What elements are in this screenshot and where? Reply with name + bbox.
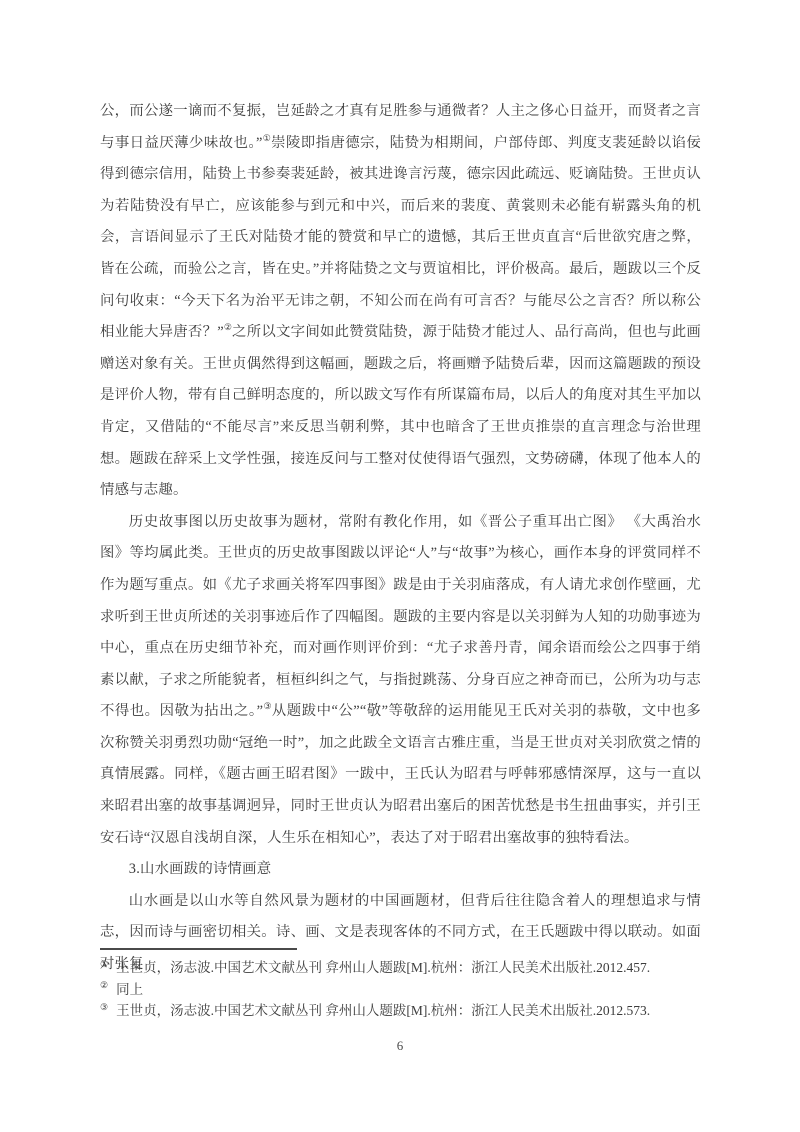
footnote-marker: ③ [100, 1002, 108, 1012]
text-run: 崇陵即指唐德宗，陆贽为相期间，户部侍郎、判度支裴延龄以谄佞得到德宗信用，陆贽上书… [100, 135, 701, 341]
footnote-reference: ① [263, 133, 272, 143]
footnote-separator [100, 948, 297, 950]
footnote-marker: ② [100, 980, 108, 990]
footnote-item: ②同上 [100, 979, 706, 1001]
text-run: 历史故事图以历史故事为题材，常附有教化作用，如《晋公子重耳出亡图》 《大禹治水图… [100, 514, 701, 720]
text-run: 3.山水画跋的诗情画意 [129, 861, 272, 877]
footnote-reference: ② [224, 322, 232, 332]
document-page: 公，而公遂一谪而不复振，岂延龄之才真有足胜参与通微者？人主之侈心日益开，而贤者之… [0, 0, 800, 1132]
section-heading: 3.山水画跋的诗情画意 [100, 854, 701, 886]
text-run: 之所以文字间如此赞赏陆贽，源于陆贽才能过人、品行高尚，但也与此画赠送对象有关。王… [100, 324, 701, 498]
body-paragraph: 历史故事图以历史故事为题材，常附有教化作用，如《晋公子重耳出亡图》 《大禹治水图… [100, 507, 701, 855]
footnote-text: 王世贞，汤志波.中国艺术文献丛刊 弇州山人题跋[M].杭州：浙江人民美术出版社.… [116, 1003, 650, 1018]
footnote-text: 王世贞，汤志波.中国艺术文献丛刊 弇州山人题跋[M].杭州：浙江人民美术出版社.… [116, 960, 650, 975]
page-number: 6 [0, 1038, 800, 1054]
footnote-item: ①王世贞，汤志波.中国艺术文献丛刊 弇州山人题跋[M].杭州：浙江人民美术出版社… [100, 957, 706, 979]
footnote-text: 同上 [116, 982, 143, 997]
footnote-list: ①王世贞，汤志波.中国艺术文献丛刊 弇州山人题跋[M].杭州：浙江人民美术出版社… [100, 957, 706, 1022]
footnote-item: ③王世贞，汤志波.中国艺术文献丛刊 弇州山人题跋[M].杭州：浙江人民美术出版社… [100, 1000, 706, 1022]
footnotes-section: ①王世贞，汤志波.中国艺术文献丛刊 弇州山人题跋[M].杭州：浙江人民美术出版社… [100, 948, 706, 1022]
footnote-marker: ① [100, 959, 108, 969]
text-run: 从题跋中“公”“敬”等敬辞的运用能见王氏对关羽的恭敬，文中也多次称赞关羽勇烈功勋… [100, 703, 701, 845]
footnote-reference: ③ [263, 701, 272, 711]
document-body: 公，而公遂一谪而不复振，岂延龄之才真有足胜参与通微者？人主之侈心日益开，而贤者之… [100, 96, 701, 981]
body-paragraph: 公，而公遂一谪而不复振，岂延龄之才真有足胜参与通微者？人主之侈心日益开，而贤者之… [100, 96, 701, 507]
